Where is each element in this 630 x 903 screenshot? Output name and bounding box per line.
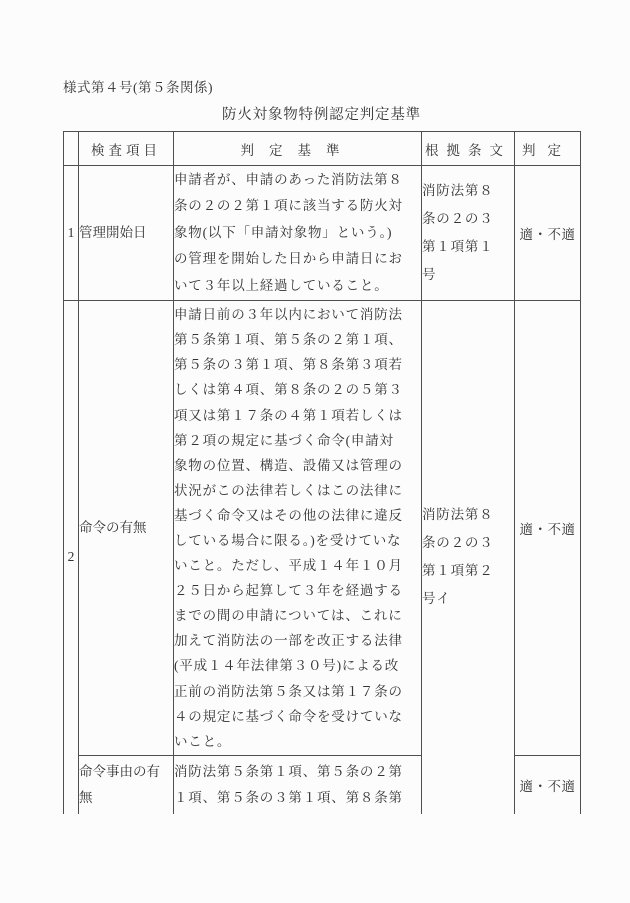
row2-criteria-text: 申請日前の３年以内において消防法 第５条第１項、第５条の２第１項、 第５条の３第… — [174, 301, 422, 756]
row3-judgment-value: 適・不適 — [515, 756, 581, 814]
row1-basis-provision: 消防法第８ 条の２の３ 第１項第１ 号 — [422, 166, 515, 301]
row3-criteria-text: 消防法第５条第１項、第５条の２第 １項、第５条の３第１項、第８条第 — [174, 756, 422, 814]
row2-judgment-value: 適・不適 — [515, 301, 581, 756]
row2-number: 2 — [64, 301, 79, 814]
header-judgment: 判定 — [515, 132, 581, 166]
header-judgment-criteria: 判定基準 — [174, 132, 422, 166]
table-row-1: 1 管理開始日 申請者が、申請のあった消防法第８ 条の２の２第１項に該当する防火… — [64, 166, 581, 301]
header-inspection-item: 検査項目 — [79, 132, 174, 166]
table-header-row: 検査項目 判定基準 根拠条文 判定 — [64, 132, 581, 166]
header-basis-provision: 根拠条文 — [422, 132, 515, 166]
header-no — [64, 132, 79, 166]
row1-criteria-text: 申請者が、申請のあった消防法第８ 条の２の２第１項に該当する防火対 象物(以下「… — [174, 166, 422, 301]
row1-number: 1 — [64, 166, 79, 301]
row3-inspection-item: 命令事由の有 無 — [79, 756, 174, 814]
document-page: 様式第４号(第５条関係) 防火対象物特例認定判定基準 検査項目 判定基準 根拠条… — [0, 0, 630, 903]
form-number: 様式第４号(第５条関係) — [63, 76, 213, 96]
row2-inspection-item: 命令の有無 — [79, 301, 174, 756]
table-row-2: 2 命令の有無 申請日前の３年以内において消防法 第５条第１項、第５条の２第１項… — [64, 301, 581, 756]
row1-judgment-value: 適・不適 — [515, 166, 581, 301]
document-title: 防火対象物特例認定判定基準 — [63, 103, 580, 124]
row1-inspection-item: 管理開始日 — [79, 166, 174, 301]
criteria-table: 検査項目 判定基準 根拠条文 判定 1 管理開始日 申請者が、申請のあった消防法… — [63, 131, 581, 814]
row2-basis-provision: 消防法第８ 条の２の３ 第１項第２ 号イ — [422, 301, 515, 814]
